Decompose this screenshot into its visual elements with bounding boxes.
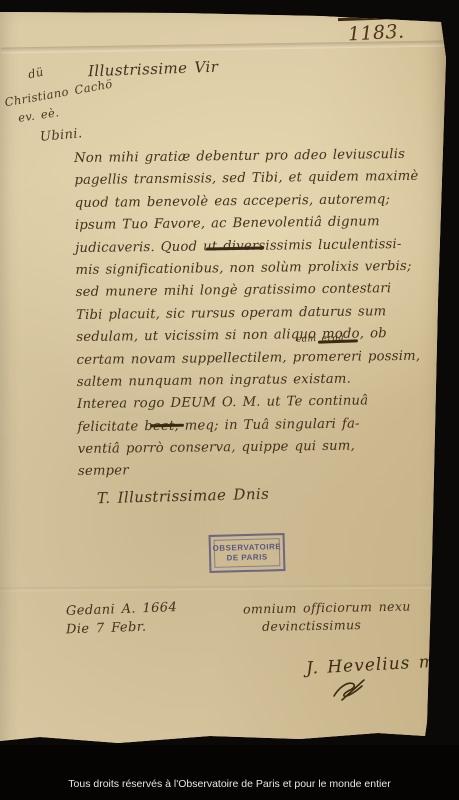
address-note-line: ev. eè.: [17, 105, 60, 125]
letter-body: Non mihi gratiæ debentur pro adeo levius…: [74, 144, 434, 484]
salutation: Illustrissime Vir: [88, 58, 219, 81]
catalog-number-overline: [338, 16, 402, 21]
closing-formula: T. Illustrissimae Dnis: [97, 485, 270, 508]
manuscript-line: certam novam suppellectilem, promereri p…: [76, 345, 432, 372]
library-stamp: OBSERVATOIRE DE PARIS: [209, 533, 286, 573]
signature-flourish: [328, 674, 370, 706]
signature: J. Hevelius mp: [306, 651, 449, 678]
scanned-letter-page: 1183. dü Christiano Cachö ev. eè. Ubini.…: [0, 0, 459, 800]
stamp-line-2: DE PARIS: [226, 552, 267, 563]
manuscript-paper: 1183. dü Christiano Cachö ev. eè. Ubini.…: [0, 0, 459, 800]
dateline-day: Die 7 Febr.: [66, 620, 147, 638]
dateline-place-year: Gedani A. 1664: [66, 600, 178, 619]
valediction-line-1: omnium officiorum nexu: [243, 599, 411, 617]
fold-crease-lower: [0, 584, 440, 591]
copyright-notice: Tous droits réservés à l'Observatoire de…: [0, 778, 459, 790]
address-note-line: dü: [27, 65, 45, 82]
address-note-line: Ubini.: [39, 126, 83, 145]
address-note-line: Christiano Cachö: [4, 77, 114, 110]
valediction-line-2: devinctissimus: [262, 617, 362, 634]
footer-bar: Tous droits réservés à l'Observatoire de…: [0, 745, 459, 800]
library-stamp-text: OBSERVATOIRE DE PARIS: [214, 538, 281, 568]
manuscript-line: semper: [78, 457, 434, 484]
catalog-number: 1183.: [347, 21, 404, 46]
